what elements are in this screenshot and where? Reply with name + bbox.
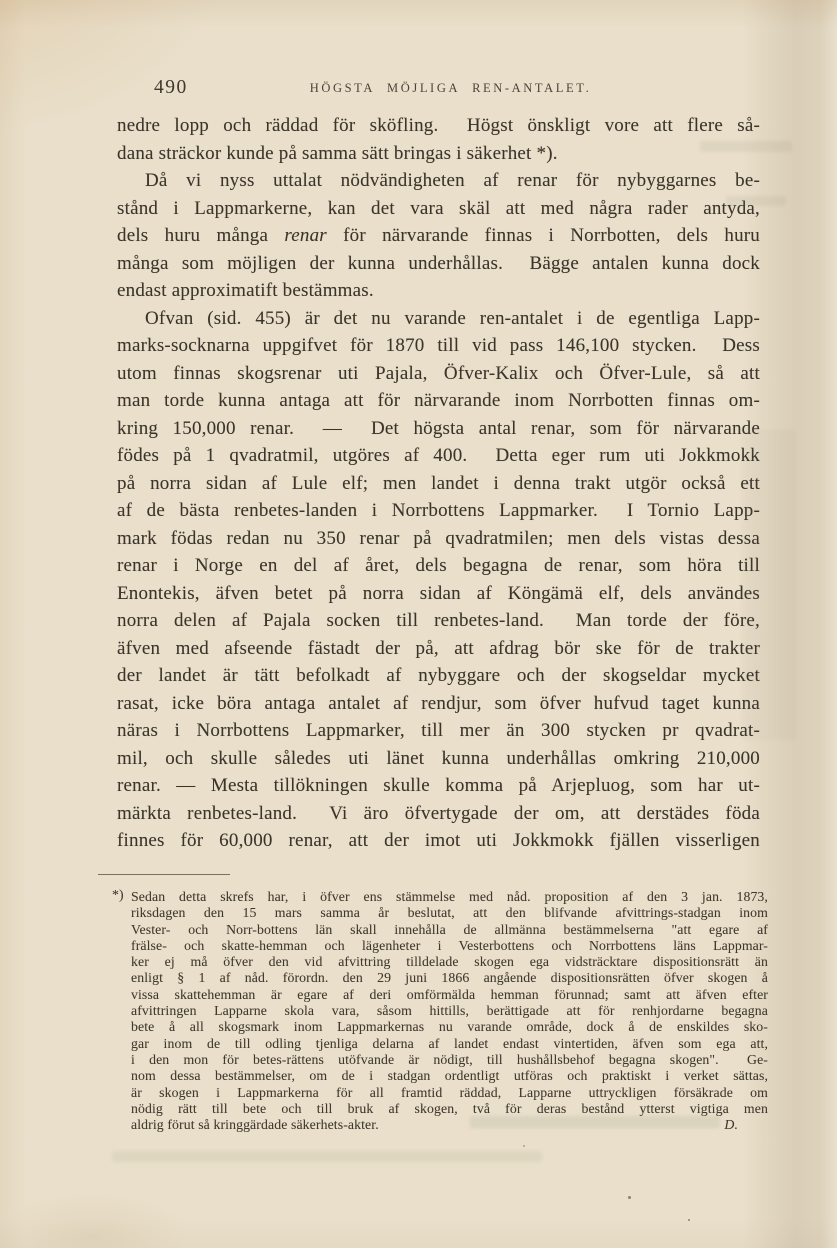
text-segment: Ofvan (sid. 455) är det nu varande ren-a…	[145, 308, 760, 329]
text-segment: födes på 1 qvadratmil, utgöres af 400. D…	[117, 445, 760, 466]
text-segment: mark födas redan nu 350 renar på qvadrat…	[117, 528, 760, 549]
text-segment: afvittringen Lapparne skola vara, såsom …	[131, 1003, 768, 1018]
text-segment: vissa skattehemman är egare af deri omfö…	[131, 987, 768, 1002]
footnote-line: är skogen i Lappmarkerna för all framtid…	[131, 1085, 768, 1101]
text-segment: aldrig förut så kringgärdade säkerhets-a…	[131, 1117, 379, 1132]
text-segment: många som möjligen der kunna underhållas…	[117, 253, 760, 274]
text-line: kring 150,000 renar. — Det högsta antal …	[117, 415, 760, 443]
text-segment: ker ej må öfver den vid afvittring tilld…	[131, 954, 768, 969]
text-segment: man torde kunna antaga att för närvarand…	[117, 390, 760, 411]
text-segment: för närvarande finnas i Norrbotten, dels…	[327, 225, 760, 246]
footnote-line: enligt § 1 af nåd. förordn. den 29 juni …	[131, 970, 768, 986]
text-segment: dana sträckor kunde på samma sätt bringa…	[117, 143, 558, 164]
text-line: märkta renbetes-land. Vi äro öfvertygade…	[117, 800, 760, 828]
text-segment: kring 150,000 renar. — Det högsta antal …	[117, 418, 760, 439]
text-segment: dels huru många	[117, 225, 284, 246]
body-text: nedre lopp och räddad för sköfling. Högs…	[117, 112, 760, 855]
signature-initial: D.	[724, 1117, 738, 1133]
text-line: stånd i Lappmarkerne, kan det vara skäl …	[117, 195, 760, 223]
footnote-line: i den mon för betes-rättens utöfvande är…	[131, 1052, 768, 1068]
ink-speck	[688, 1219, 690, 1221]
text-segment: näras i Norrbottens Lappmarker, till mer…	[117, 720, 760, 741]
text-segment: riksdagen den 15 mars samma år beslutat,…	[131, 905, 768, 920]
text-line: mil, och skulle således uti länet kunna …	[117, 745, 760, 773]
ink-speck	[628, 1196, 631, 1199]
text-line: endast approximatift bestämmas.	[117, 277, 760, 305]
footnote-line: nom dessa bestämmelser, om de i stadgan …	[131, 1068, 768, 1084]
footnote-line: vissa skattehemman är egare af deri omfö…	[131, 987, 768, 1003]
text-line: många som möjligen der kunna underhållas…	[117, 250, 760, 278]
text-segment: Sedan detta skrefs har, i öfver ens stäm…	[131, 889, 768, 904]
footnote-line: riksdagen den 15 mars samma år beslutat,…	[131, 905, 768, 921]
text-line: födes på 1 qvadratmil, utgöres af 400. D…	[117, 442, 760, 470]
text-segment: är skogen i Lappmarkerna för all framtid…	[131, 1085, 768, 1100]
footnote-marker: *)	[112, 887, 124, 903]
footnote-line: frälse- och skatte-hemman och lägenheter…	[131, 938, 768, 954]
text-segment: rasat, icke böra antaga antalet af rendj…	[117, 693, 760, 714]
text-segment: nödig rätt till bete och till bruk af sk…	[131, 1101, 768, 1116]
text-segment: mil, och skulle således uti länet kunna …	[117, 748, 760, 769]
text-line: der landet är tätt befolkadt af nybyggar…	[117, 662, 760, 690]
text-segment: af de bästa renbetes-landen i Norrbotten…	[117, 500, 760, 521]
text-segment: äfven med afseende fästadt der på, att a…	[117, 638, 760, 659]
text-segment: frälse- och skatte-hemman och lägenheter…	[131, 938, 768, 953]
text-segment: bete å all skogsmark inom Lappmarkernas …	[131, 1019, 768, 1034]
footnote-line: nödig rätt till bete och till bruk af sk…	[131, 1101, 768, 1117]
text-line: renar. — Mesta tillökningen skulle komma…	[117, 772, 760, 800]
text-line: af de bästa renbetes-landen i Norrbotten…	[117, 497, 760, 525]
text-segment: Vester- och Norr-bottens län skall inneh…	[131, 922, 768, 937]
footnote: *)Sedan detta skrefs har, i öfver ens st…	[131, 889, 768, 1133]
text-line: mark födas redan nu 350 renar på qvadrat…	[117, 525, 760, 553]
text-segment: renar i Norge en del af året, dels begag…	[117, 555, 760, 576]
ghost-smudge	[112, 1151, 542, 1162]
text-segment: på norra sidan af Lule elf; men landet i…	[117, 473, 760, 494]
text-segment: stånd i Lappmarkerne, kan det vara skäl …	[117, 198, 760, 219]
text-line: finnes för 60,000 renar, att der imot ut…	[117, 827, 760, 855]
footnote-line: *)Sedan detta skrefs har, i öfver ens st…	[131, 889, 768, 905]
running-header: HÖGSTA MÖJLIGA REN-ANTALET.	[129, 81, 772, 96]
text-segment: Då vi nyss uttalat nödvändigheten af ren…	[145, 170, 760, 191]
text-line: på norra sidan af Lule elf; men landet i…	[117, 470, 760, 498]
footnote-line: aldrig förut så kringgärdade säkerhets-a…	[131, 1117, 768, 1133]
text-segment: märkta renbetes-land. Vi äro öfvertygade…	[117, 803, 760, 824]
text-line: marks-socknarna uppgifvet för 1870 till …	[117, 332, 760, 360]
scanned-book-page: 490 HÖGSTA MÖJLIGA REN-ANTALET. nedre lo…	[0, 0, 837, 1248]
text-line: man torde kunna antaga att för närvarand…	[117, 387, 760, 415]
text-segment: enligt § 1 af nåd. förordn. den 29 juni …	[131, 970, 768, 985]
text-segment: endast approximatift bestämmas.	[117, 280, 374, 301]
text-line: dels huru många renar för närvarande fin…	[117, 222, 760, 250]
text-line: Enontekis, äfven betet på norra sidan af…	[117, 580, 760, 608]
text-segment: renar. — Mesta tillökningen skulle komma…	[117, 775, 760, 796]
text-line: rasat, icke böra antaga antalet af rendj…	[117, 690, 760, 718]
text-line: utom finnas skogsrenar uti Pajala, Öfver…	[117, 360, 760, 388]
text-segment: Enontekis, äfven betet på norra sidan af…	[117, 583, 760, 604]
text-line: dana sträckor kunde på samma sätt bringa…	[117, 140, 760, 168]
text-line: renar i Norge en del af året, dels begag…	[117, 552, 760, 580]
text-line: norra delen af Pajala socken till renbet…	[117, 607, 760, 635]
text-line: Ofvan (sid. 455) är det nu varande ren-a…	[117, 305, 760, 333]
text-segment: der landet är tätt befolkadt af nybyggar…	[117, 665, 760, 686]
footnote-separator	[98, 874, 230, 875]
text-segment: renar	[284, 225, 327, 246]
text-line: näras i Norrbottens Lappmarker, till mer…	[117, 717, 760, 745]
ink-speck	[523, 1145, 525, 1147]
text-segment: gar inom de till odling tjenliga delarna…	[131, 1036, 768, 1051]
text-segment: utom finnas skogsrenar uti Pajala, Öfver…	[117, 363, 760, 384]
footnote-line: ker ej må öfver den vid afvittring tilld…	[131, 954, 768, 970]
text-segment: marks-socknarna uppgifvet för 1870 till …	[117, 335, 760, 356]
text-line: nedre lopp och räddad för sköfling. Högs…	[117, 112, 760, 140]
text-segment: nom dessa bestämmelser, om de i stadgan …	[131, 1068, 768, 1083]
footnote-line: Vester- och Norr-bottens län skall inneh…	[131, 922, 768, 938]
text-segment: i den mon för betes-rättens utöfvande är…	[131, 1052, 768, 1067]
text-line: Då vi nyss uttalat nödvändigheten af ren…	[117, 167, 760, 195]
text-segment: norra delen af Pajala socken till renbet…	[117, 610, 760, 631]
text-segment: finnes för 60,000 renar, att der imot ut…	[117, 830, 760, 851]
footnote-line: gar inom de till odling tjenliga delarna…	[131, 1036, 768, 1052]
footnote-line: bete å all skogsmark inom Lappmarkernas …	[131, 1019, 768, 1035]
text-line: äfven med afseende fästadt der på, att a…	[117, 635, 760, 663]
footnote-line: afvittringen Lapparne skola vara, såsom …	[131, 1003, 768, 1019]
text-segment: nedre lopp och räddad för sköfling. Högs…	[117, 115, 760, 136]
